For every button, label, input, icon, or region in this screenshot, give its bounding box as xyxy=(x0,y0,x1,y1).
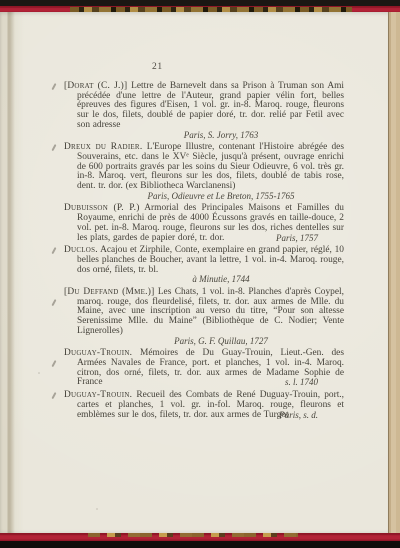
entry-author: Duguay-Trouin. xyxy=(64,348,132,358)
entry-text: Duclos. Acajou et Zirphile, Conte, exemp… xyxy=(64,246,344,275)
entry-imprint: à Minutie, 1744 xyxy=(64,275,344,285)
catalog-entry: Duclos. Acajou et Zirphile, Conte, exemp… xyxy=(64,246,344,285)
entry-imprint: Paris, S. Jorry, 1763 xyxy=(64,131,344,141)
paper-speck xyxy=(96,508,98,510)
entry-author: Duguay-Trouin. xyxy=(64,390,132,400)
pencil-checkmark-icon xyxy=(51,144,56,151)
entry-imprint: Paris, s. d. xyxy=(279,411,318,421)
catalog-entry: Dubuisson (P. P.) Armorial des Principal… xyxy=(64,204,344,243)
entry-imprint: Paris, G. F. Quillau, 1727 xyxy=(64,337,344,347)
book-fore-edge xyxy=(388,12,400,534)
entry-description: Acajou et Zirphile, Conte, exemplaire en… xyxy=(77,245,344,274)
catalog-entry: [Dorat (C. J.)] Lettre de Barnevelt dans… xyxy=(64,82,344,140)
pencil-checkmark-icon xyxy=(51,247,56,254)
entry-author: Duclos. xyxy=(64,245,98,255)
gilt-page-edge-bottom xyxy=(88,533,298,537)
catalog-entry: Duguay-Trouin. Mémoires de Du Guay-Troui… xyxy=(64,349,344,388)
book-page: 21 [Dorat (C. J.)] Lettre de Barnevelt d… xyxy=(0,12,390,534)
entry-imprint: Paris, Odieuvre et Le Breton, 1755-1765 xyxy=(64,192,344,202)
pencil-checkmark-icon xyxy=(51,360,56,367)
page-number: 21 xyxy=(64,62,344,72)
entry-text: [Dorat (C. J.)] Lettre de Barnevelt dans… xyxy=(64,82,344,131)
entry-imprint: s. l. 1740 xyxy=(285,378,318,388)
pencil-checkmark-icon xyxy=(51,83,56,90)
entry-author: Dreux du Radier. xyxy=(64,142,142,152)
paper-speck xyxy=(38,372,40,374)
catalog-entry: Dreux du Radier. L'Europe Illustre, cont… xyxy=(64,143,344,201)
book-photo-background: 21 [Dorat (C. J.)] Lettre de Barnevelt d… xyxy=(0,0,400,548)
entry-author: [Du Deffand (Mme.)] xyxy=(64,287,154,297)
pencil-checkmark-icon xyxy=(51,392,56,399)
entry-imprint: Paris, 1757 xyxy=(276,234,318,244)
catalog-entries: [Dorat (C. J.)] Lettre de Barnevelt dans… xyxy=(64,82,344,420)
entry-text: Dreux du Radier. L'Europe Illustre, cont… xyxy=(64,143,344,192)
entry-author: [Dorat (C. J.)] xyxy=(64,81,127,91)
catalog-text-block: 21 [Dorat (C. J.)] Lettre de Barnevelt d… xyxy=(64,62,344,423)
catalog-entry: Duguay-Trouin. Recueil des Combats de Re… xyxy=(64,391,344,420)
catalog-entry: [Du Deffand (Mme.)] Les Chats, 1 vol. in… xyxy=(64,288,344,346)
pencil-checkmark-icon xyxy=(51,299,56,306)
entry-author: Dubuisson (P. P.) xyxy=(64,203,140,213)
entry-text: [Du Deffand (Mme.)] Les Chats, 1 vol. in… xyxy=(64,288,344,337)
